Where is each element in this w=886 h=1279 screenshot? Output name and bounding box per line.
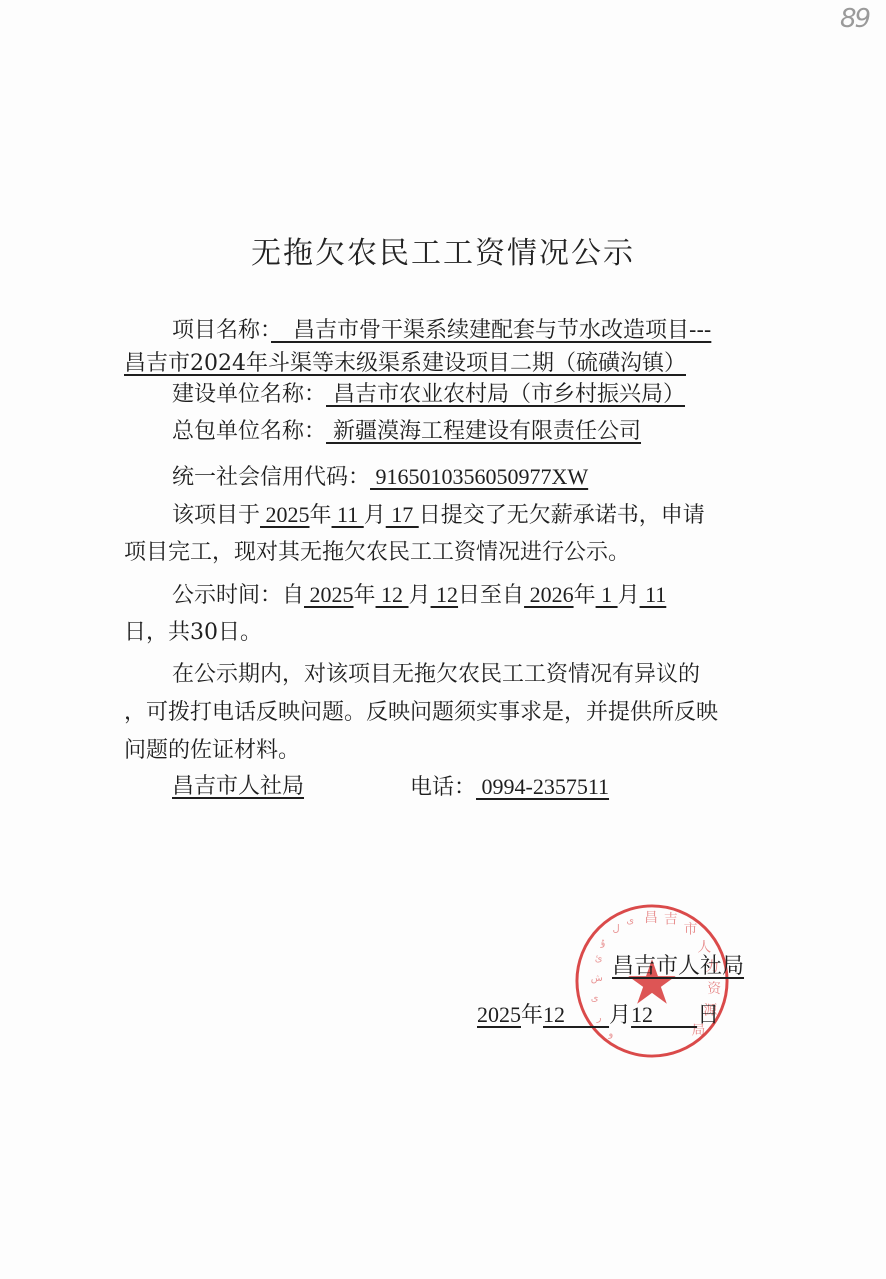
period-prefix: 公示时间：自 xyxy=(172,583,304,608)
svg-text:ۇ: ۇ xyxy=(600,937,606,948)
document-title: 无拖欠农民工工资情况公示 xyxy=(0,228,886,272)
contractor-line: 总包单位名称： 新疆漠海工程建设有限责任公司 xyxy=(172,417,641,447)
signature-day-unit: 日 xyxy=(697,1003,719,1028)
phone-label: 电话： xyxy=(410,775,476,800)
signature-year-unit: 年 xyxy=(521,1003,543,1028)
signature-day: 12 xyxy=(631,1002,697,1027)
period-start-year: 2025 xyxy=(304,582,354,607)
signature-month-unit: 月 xyxy=(609,1003,631,1028)
contact-org: 昌吉市人社局 xyxy=(172,774,304,799)
project-name-value-2: 昌吉市2024年斗渠等末级渠系建设项目二期（硫磺沟镇） xyxy=(124,351,686,376)
signature-org: 昌吉市人社局 xyxy=(612,954,744,979)
submission-line2: 项目完工，现对其无拖欠农民工工资情况进行公示。 xyxy=(124,538,630,568)
period-line1: 公示时间：自 2025年 12 月 12日至自 2026年 1 月 11 xyxy=(172,580,666,611)
svg-text:ل: ل xyxy=(613,924,620,935)
signature-month: 12 xyxy=(543,1002,609,1027)
submission-month: 11 xyxy=(332,502,364,527)
svg-text:市: 市 xyxy=(684,922,698,938)
objection-text-2: ，可拨打电话反映问题。反映问题须实事求是，并提供所反映 xyxy=(124,700,718,725)
signature-year: 2025 xyxy=(477,1002,521,1027)
period-total: 日，共30日。 xyxy=(124,620,262,645)
period-middle: 日至自 xyxy=(458,583,524,608)
project-name-line1: 项目名称： 昌吉市骨干渠系续建配套与节水改造项目--- xyxy=(172,316,711,346)
period-year-unit: 年 xyxy=(354,583,376,608)
contact-phone-line: 电话： 0994-2357511 xyxy=(410,772,609,803)
page-number: 89 xyxy=(840,4,869,34)
contractor-label: 总包单位名称： xyxy=(172,419,326,444)
submission-line1: 该项目于 2025年 11 月 17 日提交了无欠薪承诺书，申请 xyxy=(172,500,705,531)
signature-org-line: 昌吉市人社局 xyxy=(612,952,744,982)
objection-text-3: 问题的佐证材料。 xyxy=(124,738,300,763)
credit-code-value: 916501035605097​7XW xyxy=(370,464,588,489)
period-end-day: 11 xyxy=(640,582,667,607)
svg-text:昌: 昌 xyxy=(644,910,658,926)
submission-suffix: 日提交了无欠薪承诺书，申请 xyxy=(419,503,705,528)
period-end-month: 1 xyxy=(596,582,618,607)
objection-line2: ，可拨打电话反映问题。反映问题须实事求是，并提供所反映 xyxy=(124,698,718,728)
submission-month-unit: 月 xyxy=(364,503,386,528)
contractor-value: 新疆漠海工程建设有限责任公司 xyxy=(326,419,641,444)
period-end-year-unit: 年 xyxy=(574,583,596,608)
period-start-day: 12 xyxy=(431,582,459,607)
submission-year-unit: 年 xyxy=(310,503,332,528)
credit-code-label: 统一社会信用代码： xyxy=(172,465,370,490)
submission-day: 17 xyxy=(386,502,419,527)
period-month-unit: 月 xyxy=(409,583,431,608)
submission-prefix: 该项目于 xyxy=(172,503,260,528)
submission-text: 项目完工，现对其无拖欠农民工工资情况进行公示。 xyxy=(124,540,630,565)
credit-code-line: 统一社会信用代码： 916501035605097​7XW xyxy=(172,462,588,493)
phone-value: 0994-2357511 xyxy=(476,774,609,799)
svg-text:ى: ى xyxy=(626,916,634,927)
project-name-line2: 昌吉市2024年斗渠等末级渠系建设项目二期（硫磺沟镇） xyxy=(124,349,686,379)
submission-year: 2025 xyxy=(260,502,310,527)
builder-value: 昌吉市农业农村局（市乡村振兴局） xyxy=(326,382,685,407)
builder-line: 建设单位名称： 昌吉市农业农村局（市乡村振兴局） xyxy=(172,380,685,410)
svg-text:ئ: ئ xyxy=(595,953,603,964)
period-end-year: 2026 xyxy=(524,582,574,607)
signature-date: 2025年12 月12 日 xyxy=(477,1000,719,1031)
period-line2: 日，共30日。 xyxy=(124,618,262,648)
objection-line1: 在公示期内，对该项目无拖欠农民工工资情况有异议的 xyxy=(172,660,700,690)
period-end-month-unit: 月 xyxy=(618,583,640,608)
project-name-value-1: 昌吉市骨干渠系续建配套与节水改造项目--- xyxy=(271,318,711,343)
contact-line: 昌吉市人社局 xyxy=(172,772,304,802)
project-name-label: 项目名称： xyxy=(172,318,271,343)
objection-line3: 问题的佐证材料。 xyxy=(124,736,300,766)
svg-text:ش: ش xyxy=(591,973,603,984)
svg-text:资: 资 xyxy=(707,981,722,997)
svg-text:吉: 吉 xyxy=(664,911,678,928)
builder-label: 建设单位名称： xyxy=(172,382,326,407)
period-start-month: 12 xyxy=(376,582,409,607)
objection-text-1: 在公示期内，对该项目无拖欠农民工工资情况有异议的 xyxy=(172,662,700,687)
